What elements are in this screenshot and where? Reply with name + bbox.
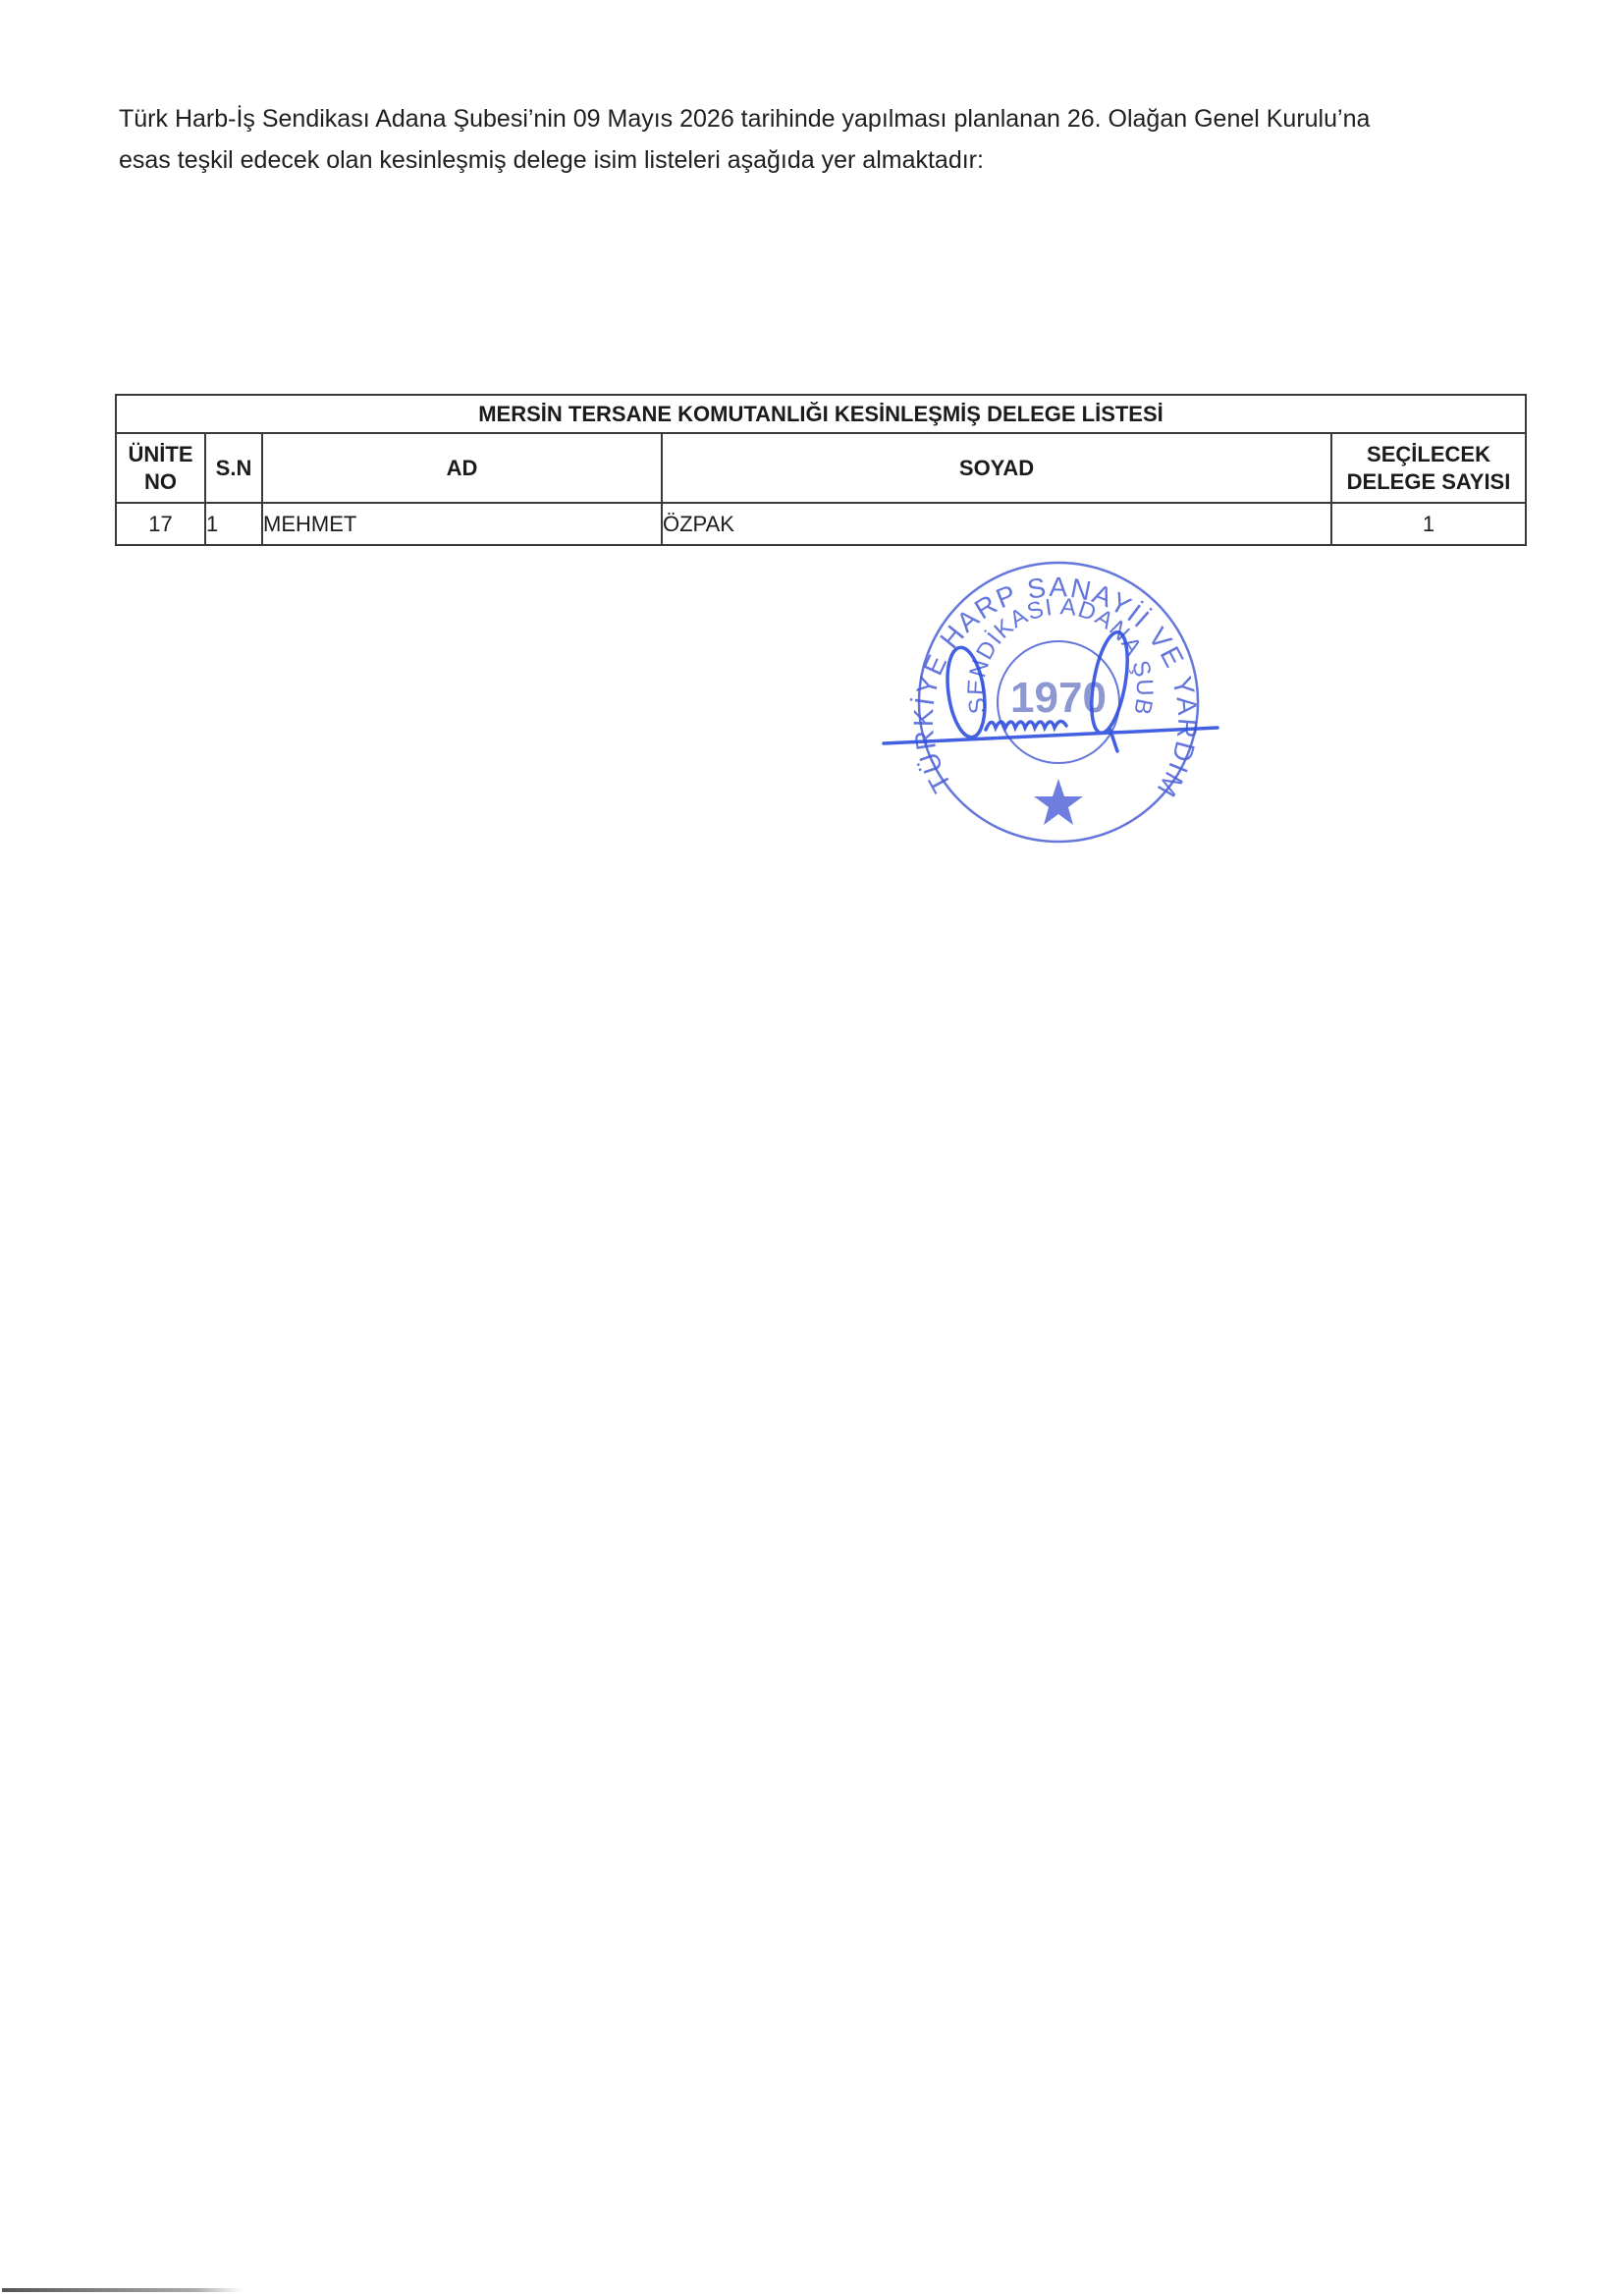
delegate-list-table: MERSİN TERSANE KOMUTANLIĞI KESİNLEŞMİŞ D… [115,394,1527,546]
cell-unite-no: 17 [116,503,205,545]
cell-sn: 1 [205,503,262,545]
cell-delegate-count: 1 [1331,503,1526,545]
header-delegate-count: SEÇİLECEK DELEGE SAYISI [1331,433,1526,503]
union-seal-stamp: TÜRKİYE HARP SANAYİİ VE YARDIMCI İŞ KOLL… [864,555,1257,849]
seal-icon: TÜRKİYE HARP SANAYİİ VE YARDIMCI İŞ KOLL… [864,555,1257,849]
intro-paragraph: Türk Harb-İş Sendikası Adana Şubesi’nin … [119,98,1533,181]
header-unite-no: ÜNİTE NO [116,433,205,503]
star-icon [1034,779,1083,825]
cell-soyad: ÖZPAK [662,503,1331,545]
intro-line-1: Türk Harb-İş Sendikası Adana Şubesi’nin … [119,98,1533,139]
header-unite-no-line2: NO [144,469,177,494]
header-ad: AD [262,433,662,503]
header-soyad: SOYAD [662,433,1331,503]
table-title: MERSİN TERSANE KOMUTANLIĞI KESİNLEŞMİŞ D… [116,395,1526,433]
header-count-line1: SEÇİLECEK [1367,442,1490,466]
header-unite-no-line1: ÜNİTE [129,442,193,466]
scan-edge-shadow [2,2288,243,2292]
intro-line-2: esas teşkil edecek olan kesinleşmiş dele… [119,139,1533,181]
header-count-line2: DELEGE SAYISI [1347,469,1511,494]
header-sn: S.N [205,433,262,503]
table-header-row: ÜNİTE NO S.N AD SOYAD SEÇİLECEK DELEGE S… [116,433,1526,503]
table-row: 17 1 MEHMET ÖZPAK 1 [116,503,1526,545]
cell-ad: MEHMET [262,503,662,545]
